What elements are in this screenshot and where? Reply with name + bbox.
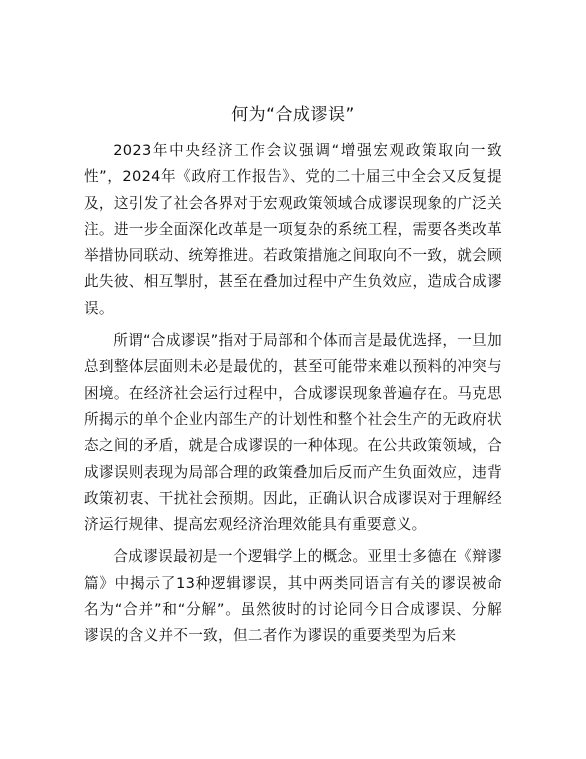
document-page: 何为“合成谬误” 2023年中央经济工作会议强调“增强宏观政策取向一致性”，20… bbox=[84, 103, 502, 656]
paragraph-1: 2023年中央经济工作会议强调“增强宏观政策取向一致性”，2024年《政府工作报… bbox=[84, 138, 502, 322]
paragraph-2: 所谓“合成谬误”指对于局部和个体而言是最优选择，一旦加总到整体层面则未必是最优的… bbox=[84, 328, 502, 538]
document-title: 何为“合成谬误” bbox=[84, 103, 502, 127]
paragraph-3: 合成谬误最初是一个逻辑学上的概念。亚里士多德在《辩谬篇》中揭示了13种逻辑谬误，… bbox=[84, 544, 502, 649]
